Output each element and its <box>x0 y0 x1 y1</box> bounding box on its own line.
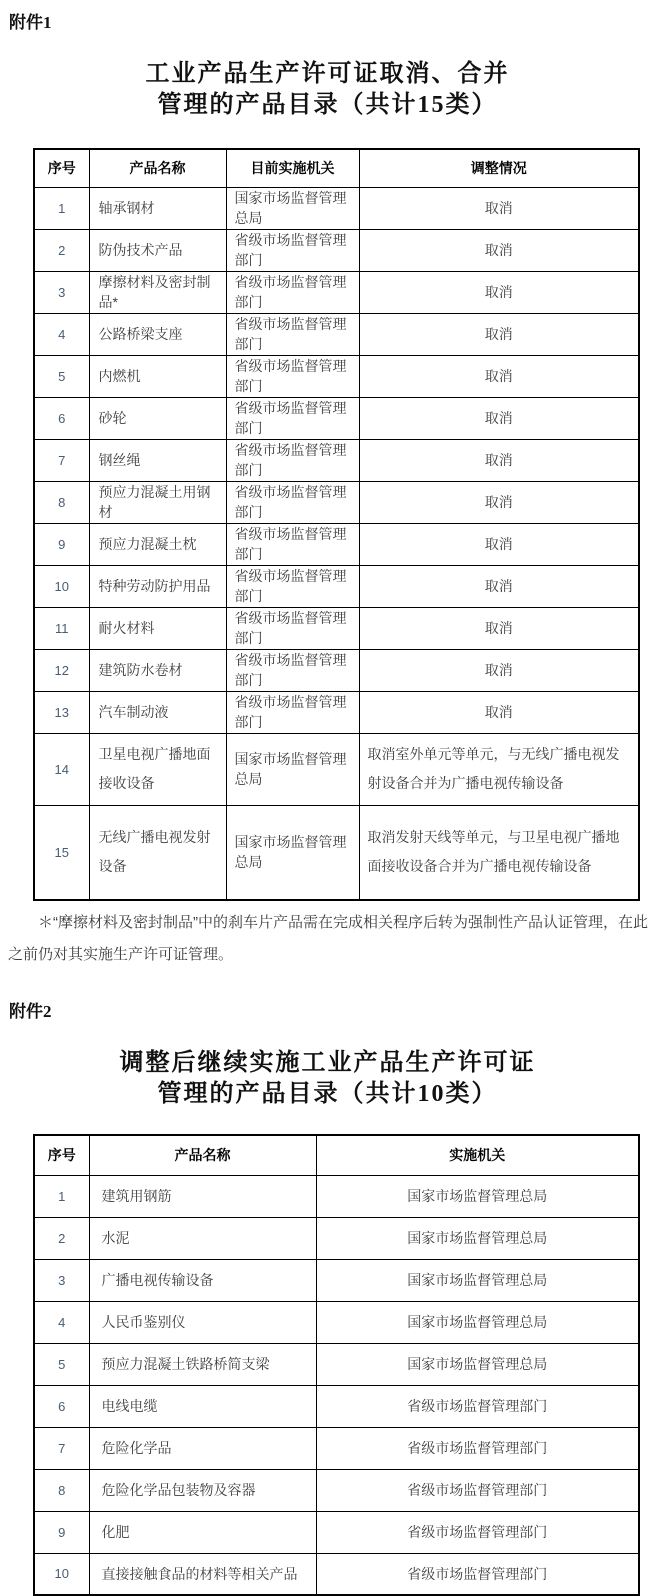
table-cell: 3 <box>34 1259 89 1301</box>
table-row: 8危险化学品包装物及容器省级市场监督管理部门 <box>34 1469 639 1511</box>
table-cell: 国家市场监督管理总局 <box>316 1301 639 1343</box>
attachment2-label: 附件2 <box>9 997 655 1022</box>
table-cell: 取消 <box>359 439 639 481</box>
table-cell: 国家市场监督管理总局 <box>316 1259 639 1301</box>
table-cell: 取消 <box>359 481 639 523</box>
table-row: 6电线电缆省级市场监督管理部门 <box>34 1385 639 1427</box>
table-row: 10特种劳动防护用品省级市场监督管理部门取消 <box>34 565 639 607</box>
column-header-agency: 实施机关 <box>316 1135 639 1175</box>
attachment1-title-line2: 管理的产品目录（共计15类） <box>0 90 655 121</box>
table-cell: 省级市场监督管理部门 <box>226 481 359 523</box>
table-cell: 15 <box>34 805 89 900</box>
table-cell: 取消 <box>359 229 639 271</box>
table-cell: 无线广播电视发射设备 <box>89 805 226 900</box>
table-cell: 9 <box>34 1511 89 1553</box>
table-cell: 省级市场监督管理部门 <box>226 271 359 313</box>
table-cell: 2 <box>34 229 89 271</box>
table-cell: 8 <box>34 481 89 523</box>
table-cell: 预应力混凝土铁路桥简支梁 <box>89 1343 316 1385</box>
table-cell: 国家市场监督管理总局 <box>316 1217 639 1259</box>
table-cell: 取消 <box>359 271 639 313</box>
table-cell: 国家市场监督管理总局 <box>226 187 359 229</box>
attachment1-footnote: ＊“摩擦材料及密封制品”中的刹车片产品需在完成相关程序后转为强制性产品认证管理，… <box>8 907 655 971</box>
table-cell: 6 <box>34 397 89 439</box>
table-cell: 13 <box>34 691 89 733</box>
document-page: 附件1 工业产品生产许可证取消、合并 管理的产品目录（共计15类） 序号 产品名… <box>0 8 655 1596</box>
attachment2-title-line1: 调整后继续实施工业产品生产许可证 <box>0 1048 655 1079</box>
table-cell: 取消 <box>359 607 639 649</box>
attachment2-table-body: 1建筑用钢筋国家市场监督管理总局2水泥国家市场监督管理总局3广播电视传输设备国家… <box>34 1175 639 1595</box>
table-cell: 1 <box>34 187 89 229</box>
table-cell: 省级市场监督管理部门 <box>226 649 359 691</box>
table-cell: 取消室外单元等单元，与无线广播电视发射设备合并为广播电视传输设备 <box>359 733 639 805</box>
table-cell: 省级市场监督管理部门 <box>316 1469 639 1511</box>
table-row: 4公路桥梁支座省级市场监督管理部门取消 <box>34 313 639 355</box>
table-row: 5内燃机省级市场监督管理部门取消 <box>34 355 639 397</box>
table-cell: 电线电缆 <box>89 1385 316 1427</box>
table-cell: 8 <box>34 1469 89 1511</box>
column-header-current-agency: 目前实施机关 <box>226 149 359 187</box>
attachment2-header-row: 序号 产品名称 实施机关 <box>34 1135 639 1175</box>
table-row: 3广播电视传输设备国家市场监督管理总局 <box>34 1259 639 1301</box>
table-cell: 危险化学品 <box>89 1427 316 1469</box>
table-row: 7危险化学品省级市场监督管理部门 <box>34 1427 639 1469</box>
table-cell: 国家市场监督管理总局 <box>226 805 359 900</box>
attachment1-table: 序号 产品名称 目前实施机关 调整情况 1轴承钢材国家市场监督管理总局取消2防伪… <box>33 148 640 901</box>
table-cell: 化肥 <box>89 1511 316 1553</box>
table-cell: 2 <box>34 1217 89 1259</box>
table-row: 15无线广播电视发射设备国家市场监督管理总局取消发射天线等单元，与卫星电视广播地… <box>34 805 639 900</box>
table-row: 2水泥国家市场监督管理总局 <box>34 1217 639 1259</box>
table-cell: 10 <box>34 565 89 607</box>
attachment1-header-row: 序号 产品名称 目前实施机关 调整情况 <box>34 149 639 187</box>
table-cell: 省级市场监督管理部门 <box>226 691 359 733</box>
table-cell: 取消 <box>359 691 639 733</box>
table-cell: 建筑用钢筋 <box>89 1175 316 1217</box>
table-row: 4人民币鉴别仪国家市场监督管理总局 <box>34 1301 639 1343</box>
table-cell: 预应力混凝土枕 <box>89 523 226 565</box>
table-cell: 特种劳动防护用品 <box>89 565 226 607</box>
table-cell: 11 <box>34 607 89 649</box>
table-cell: 取消 <box>359 565 639 607</box>
table-cell: 省级市场监督管理部门 <box>226 397 359 439</box>
table-cell: 国家市场监督管理总局 <box>226 733 359 805</box>
table-cell: 省级市场监督管理部门 <box>226 565 359 607</box>
table-cell: 1 <box>34 1175 89 1217</box>
table-row: 11耐火材料省级市场监督管理部门取消 <box>34 607 639 649</box>
table-row: 14卫星电视广播地面接收设备国家市场监督管理总局取消室外单元等单元，与无线广播电… <box>34 733 639 805</box>
table-cell: 取消 <box>359 313 639 355</box>
table-cell: 耐火材料 <box>89 607 226 649</box>
table-cell: 省级市场监督管理部门 <box>316 1511 639 1553</box>
table-cell: 取消 <box>359 355 639 397</box>
column-header-adjustment: 调整情况 <box>359 149 639 187</box>
table-row: 7钢丝绳省级市场监督管理部门取消 <box>34 439 639 481</box>
table-cell: 省级市场监督管理部门 <box>316 1553 639 1595</box>
table-row: 1建筑用钢筋国家市场监督管理总局 <box>34 1175 639 1217</box>
table-row: 12建筑防水卷材省级市场监督管理部门取消 <box>34 649 639 691</box>
table-row: 9化肥省级市场监督管理部门 <box>34 1511 639 1553</box>
table-cell: 14 <box>34 733 89 805</box>
column-header-product-name: 产品名称 <box>89 1135 316 1175</box>
table-cell: 轴承钢材 <box>89 187 226 229</box>
table-cell: 内燃机 <box>89 355 226 397</box>
table-cell: 直接接触食品的材料等相关产品 <box>89 1553 316 1595</box>
table-cell: 汽车制动液 <box>89 691 226 733</box>
table-cell: 5 <box>34 355 89 397</box>
table-cell: 预应力混凝土用钢材 <box>89 481 226 523</box>
table-cell: 砂轮 <box>89 397 226 439</box>
attachment1-title-line1: 工业产品生产许可证取消、合并 <box>0 59 655 90</box>
table-cell: 取消 <box>359 523 639 565</box>
table-cell: 卫星电视广播地面接收设备 <box>89 733 226 805</box>
table-row: 8预应力混凝土用钢材省级市场监督管理部门取消 <box>34 481 639 523</box>
table-row: 5预应力混凝土铁路桥简支梁国家市场监督管理总局 <box>34 1343 639 1385</box>
table-cell: 取消 <box>359 649 639 691</box>
column-header-seq: 序号 <box>34 149 89 187</box>
table-cell: 建筑防水卷材 <box>89 649 226 691</box>
table-cell: 取消 <box>359 397 639 439</box>
table-cell: 7 <box>34 1427 89 1469</box>
table-cell: 省级市场监督管理部门 <box>226 523 359 565</box>
table-cell: 钢丝绳 <box>89 439 226 481</box>
column-header-seq: 序号 <box>34 1135 89 1175</box>
attachment2-title: 调整后继续实施工业产品生产许可证 管理的产品目录（共计10类） <box>0 1048 655 1110</box>
table-row: 6砂轮省级市场监督管理部门取消 <box>34 397 639 439</box>
attachment1-title: 工业产品生产许可证取消、合并 管理的产品目录（共计15类） <box>0 59 655 121</box>
table-cell: 公路桥梁支座 <box>89 313 226 355</box>
attachment2-title-line2: 管理的产品目录（共计10类） <box>0 1079 655 1110</box>
table-cell: 危险化学品包装物及容器 <box>89 1469 316 1511</box>
table-cell: 省级市场监督管理部门 <box>316 1385 639 1427</box>
table-cell: 4 <box>34 313 89 355</box>
table-cell: 取消 <box>359 187 639 229</box>
attachment1-label: 附件1 <box>9 8 655 33</box>
table-cell: 省级市场监督管理部门 <box>226 229 359 271</box>
table-cell: 省级市场监督管理部门 <box>226 607 359 649</box>
table-cell: 9 <box>34 523 89 565</box>
table-cell: 取消发射天线等单元，与卫星电视广播地面接收设备合并为广播电视传输设备 <box>359 805 639 900</box>
table-row: 13汽车制动液省级市场监督管理部门取消 <box>34 691 639 733</box>
table-row: 10直接接触食品的材料等相关产品省级市场监督管理部门 <box>34 1553 639 1595</box>
table-cell: 5 <box>34 1343 89 1385</box>
table-row: 3摩擦材料及密封制品*省级市场监督管理部门取消 <box>34 271 639 313</box>
table-cell: 广播电视传输设备 <box>89 1259 316 1301</box>
column-header-product-name: 产品名称 <box>89 149 226 187</box>
table-cell: 12 <box>34 649 89 691</box>
table-cell: 3 <box>34 271 89 313</box>
table-cell: 省级市场监督管理部门 <box>316 1427 639 1469</box>
table-cell: 6 <box>34 1385 89 1427</box>
table-row: 1轴承钢材国家市场监督管理总局取消 <box>34 187 639 229</box>
table-cell: 摩擦材料及密封制品* <box>89 271 226 313</box>
table-row: 2防伪技术产品省级市场监督管理部门取消 <box>34 229 639 271</box>
table-cell: 防伪技术产品 <box>89 229 226 271</box>
attachment2-table: 序号 产品名称 实施机关 1建筑用钢筋国家市场监督管理总局2水泥国家市场监督管理… <box>33 1134 640 1596</box>
table-cell: 省级市场监督管理部门 <box>226 313 359 355</box>
table-cell: 国家市场监督管理总局 <box>316 1343 639 1385</box>
table-cell: 10 <box>34 1553 89 1595</box>
table-cell: 国家市场监督管理总局 <box>316 1175 639 1217</box>
table-row: 9预应力混凝土枕省级市场监督管理部门取消 <box>34 523 639 565</box>
table-cell: 省级市场监督管理部门 <box>226 355 359 397</box>
table-cell: 7 <box>34 439 89 481</box>
table-cell: 人民币鉴别仪 <box>89 1301 316 1343</box>
table-cell: 4 <box>34 1301 89 1343</box>
attachment1-table-body: 1轴承钢材国家市场监督管理总局取消2防伪技术产品省级市场监督管理部门取消3摩擦材… <box>34 187 639 900</box>
table-cell: 水泥 <box>89 1217 316 1259</box>
table-cell: 省级市场监督管理部门 <box>226 439 359 481</box>
